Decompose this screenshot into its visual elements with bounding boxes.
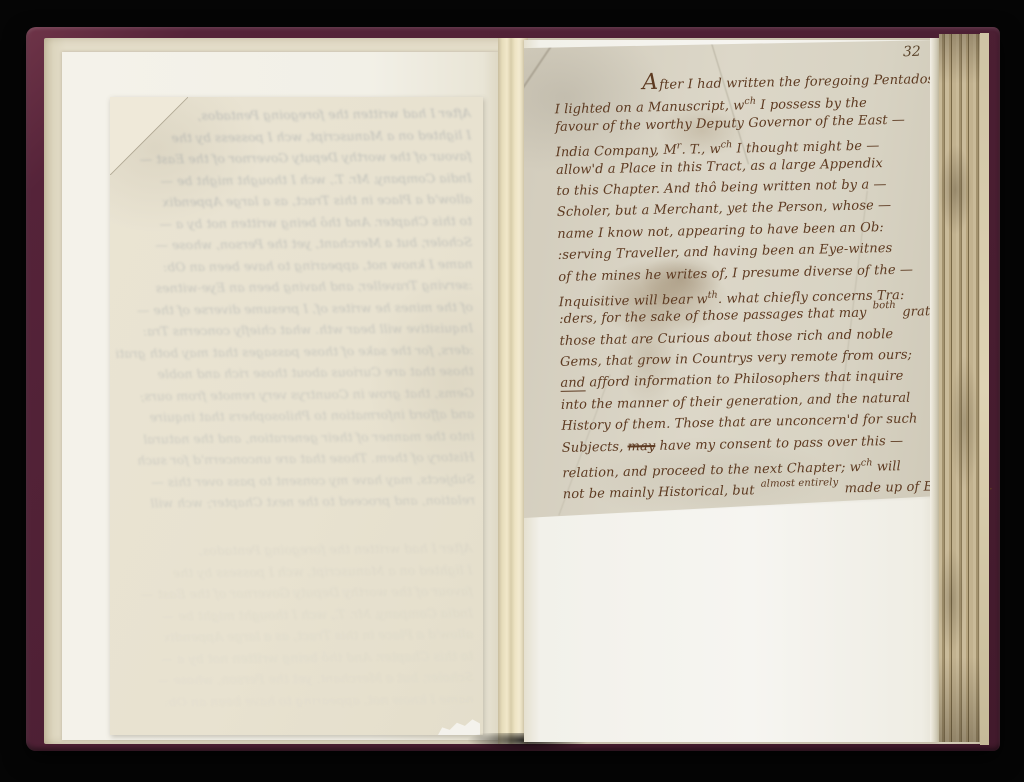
bleedthrough-text-faint: After I had written the foregoing Pentad… <box>115 537 474 713</box>
underlined-word: and <box>560 376 585 393</box>
interlinear-insertion: almost entirely <box>760 472 838 495</box>
bleedthrough-line: relation, and proceed to the next Chapte… <box>118 489 475 514</box>
interlinear-insertion: both <box>872 295 896 317</box>
superscript-abbrev: ch <box>861 457 873 468</box>
superscript-abbrev: r <box>677 141 682 152</box>
fore-edge-pages <box>939 34 980 742</box>
superscript-abbrev: ch <box>744 96 756 107</box>
folio-number: 32 <box>903 44 921 61</box>
superscript-abbrev: th <box>708 290 718 301</box>
struck-word: may <box>627 439 655 455</box>
manuscript-photograph: After I had written the foregoing Pentad… <box>0 0 1024 782</box>
bleedthrough-line: name I know not, appearing to have been … <box>117 688 474 713</box>
cover-inner-edge <box>980 33 989 745</box>
superscript-abbrev: ch <box>721 139 733 150</box>
page-edges-white <box>930 38 939 742</box>
bleedthrough-text: After I had written the foregoing Pentad… <box>114 102 475 514</box>
left-manuscript-leaf: After I had written the foregoing Pentad… <box>110 97 483 735</box>
manuscript-text: After I had written the foregoing Pentad… <box>554 66 951 502</box>
